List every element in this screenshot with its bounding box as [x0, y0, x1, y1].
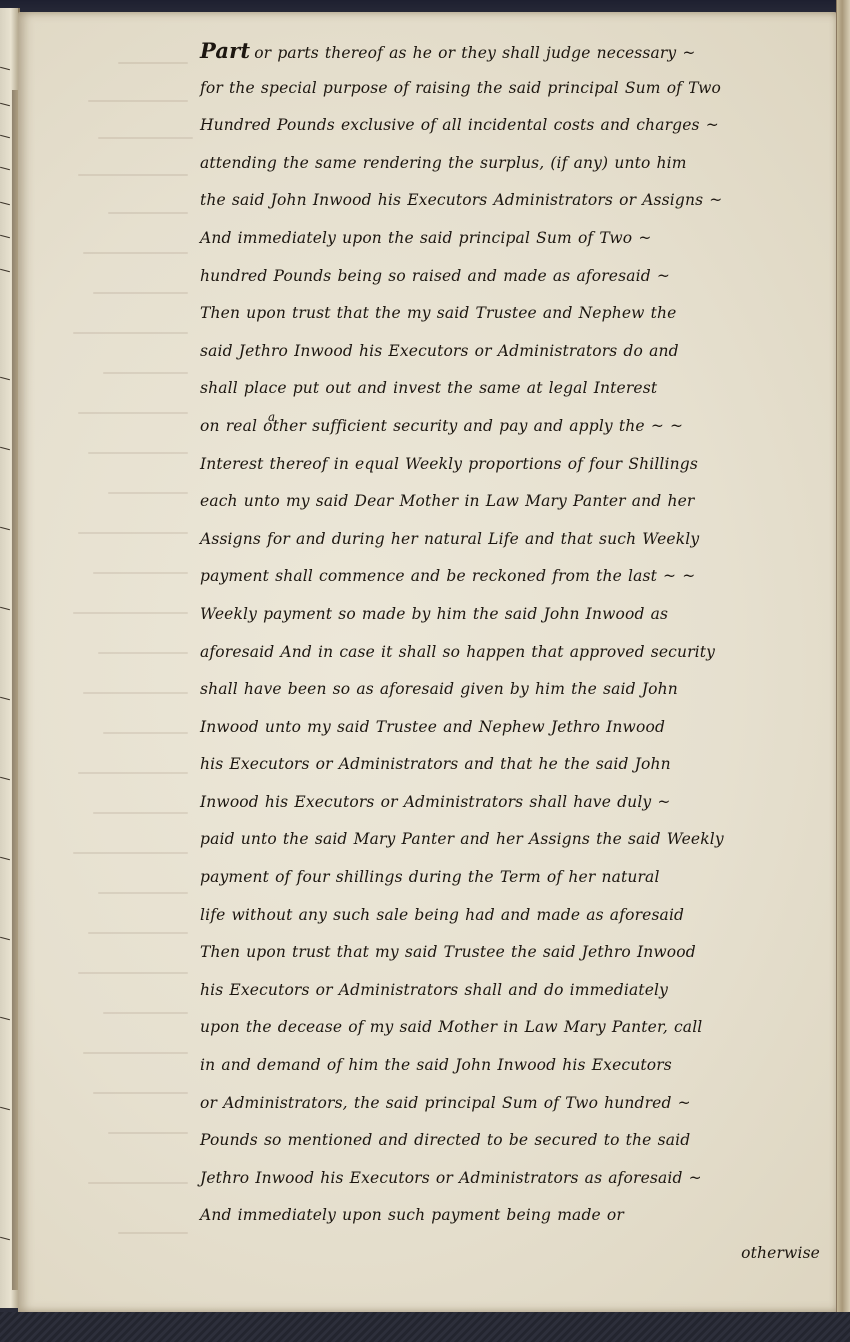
- opening-word: Part: [200, 38, 250, 63]
- text-line: Partor parts thereof as he or they shall…: [200, 32, 830, 70]
- text-line: Jethro Inwood his Executors or Administr…: [200, 1160, 830, 1198]
- text-line: the said John Inwood his Executors Admin…: [200, 182, 830, 220]
- text-line: shall place put out and invest the same …: [200, 370, 830, 408]
- text-line: Inwood his Executors or Administrators s…: [200, 784, 830, 822]
- text-line: on real other sufficient security and pa…: [200, 408, 830, 446]
- text-line: aforesaid And in case it shall so happen…: [200, 634, 830, 672]
- bottom-background: [0, 1312, 850, 1342]
- text-line: Hundred Pounds exclusive of all incident…: [200, 107, 830, 145]
- text-line: And immediately upon such payment being …: [200, 1197, 830, 1235]
- text-line: Weekly payment so made by him the said J…: [200, 596, 830, 634]
- text-line: or Administrators, the said principal Su…: [200, 1085, 830, 1123]
- text-line: attending the same rendering the surplus…: [200, 145, 830, 183]
- text-line: Then upon trust that my said Trustee the…: [200, 934, 830, 972]
- text-line: each unto my said Dear Mother in Law Mar…: [200, 483, 830, 521]
- text-line: paid unto the said Mary Panter and her A…: [200, 821, 830, 859]
- text-line: said Jethro Inwood his Executors or Admi…: [200, 333, 830, 371]
- manuscript-text: Partor parts thereof as he or they shall…: [200, 32, 830, 1273]
- text-line: payment of four shillings during the Ter…: [200, 859, 830, 897]
- manuscript-scan: a Partor parts thereof as he or they sha…: [0, 0, 850, 1342]
- text-line: Interest thereof in equal Weekly proport…: [200, 446, 830, 484]
- catchword: otherwise: [200, 1235, 830, 1273]
- text-line: Pounds so mentioned and directed to be s…: [200, 1122, 830, 1160]
- text-line: upon the decease of my said Mother in La…: [200, 1009, 830, 1047]
- bleed-through-text: [58, 42, 198, 1302]
- text-line: life without any such sale being had and…: [200, 897, 830, 935]
- text-line: for the special purpose of raising the s…: [200, 70, 830, 108]
- text-line: hundred Pounds being so raised and made …: [200, 258, 830, 296]
- text-line: And immediately upon the said principal …: [200, 220, 830, 258]
- page-stack-edge: [836, 0, 850, 1320]
- text-line: his Executors or Administrators and that…: [200, 746, 830, 784]
- text-line: Inwood unto my said Trustee and Nephew J…: [200, 709, 830, 747]
- text-line: his Executors or Administrators shall an…: [200, 972, 830, 1010]
- binding-gutter: [12, 90, 18, 1290]
- text-line: Then upon trust that the my said Trustee…: [200, 295, 830, 333]
- text-line: shall have been so as aforesaid given by…: [200, 671, 830, 709]
- text-line: payment shall commence and be reckoned f…: [200, 558, 830, 596]
- text-line: Assigns for and during her natural Life …: [200, 521, 830, 559]
- text-line: in and demand of him the said John Inwoo…: [200, 1047, 830, 1085]
